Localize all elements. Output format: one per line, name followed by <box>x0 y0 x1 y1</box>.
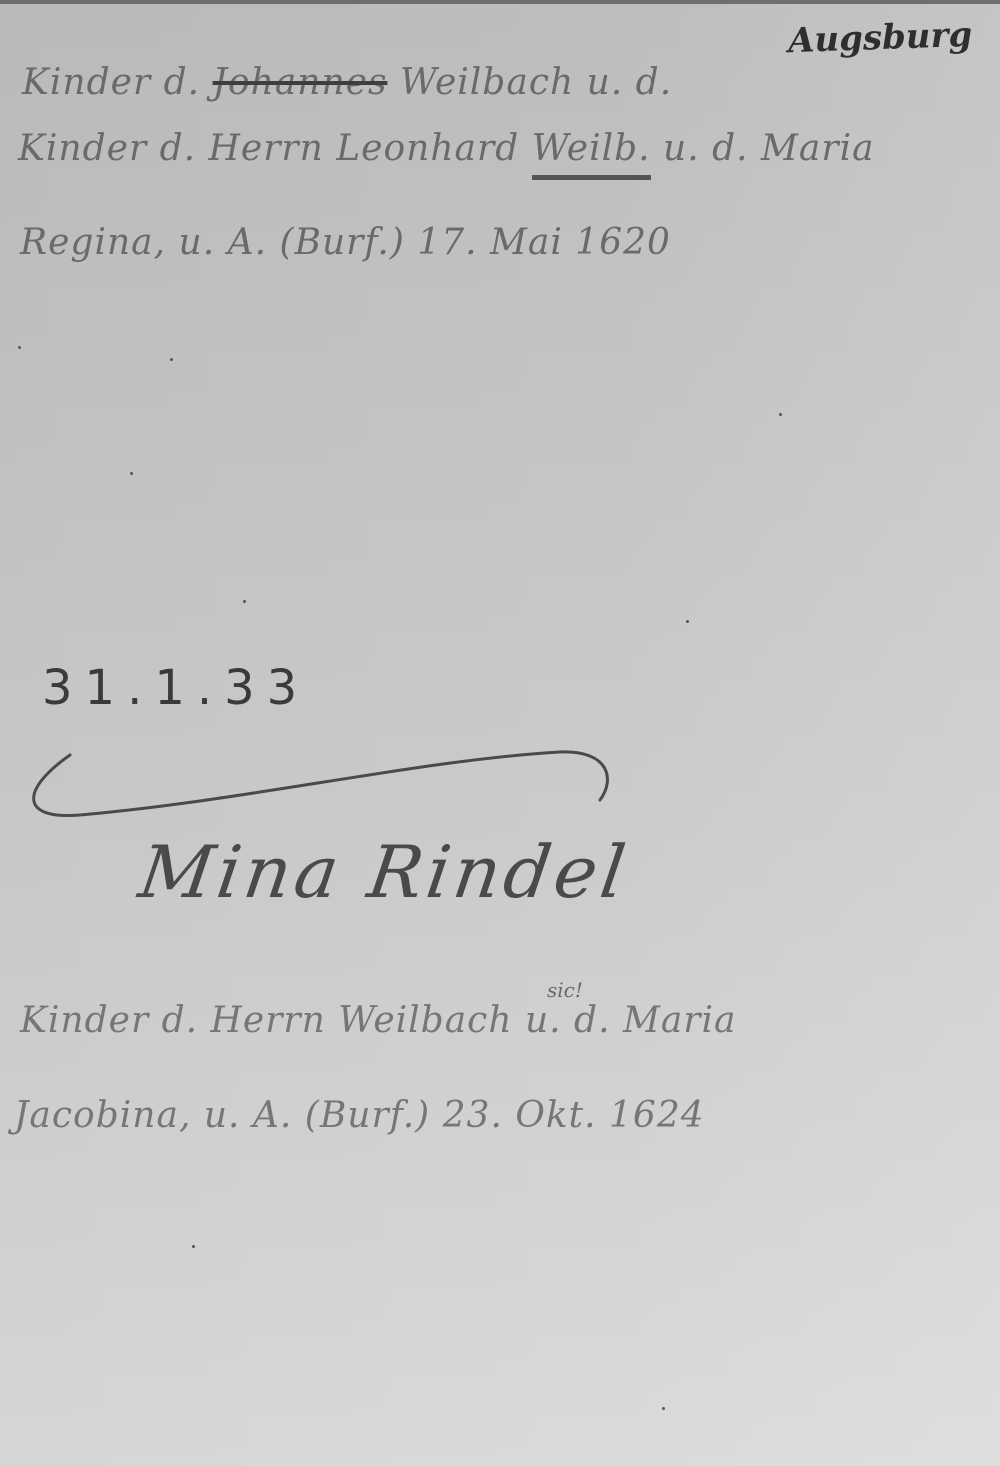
entry-1-line-2-suffix: u. d. Maria <box>663 128 875 169</box>
entry-1-line-1-prefix: Kinder d. <box>22 62 200 103</box>
paper-speck <box>170 358 173 361</box>
sic-annotation: sic! <box>547 978 583 1002</box>
entry-2-line-2: Jacobina, u. A. (Burf.) 23. Okt. 1624 <box>14 1095 705 1136</box>
page-top-edge <box>0 0 1000 4</box>
struck-out-name: Johannes <box>213 62 388 103</box>
underlined-surname: Weilb. <box>532 128 651 180</box>
paper-speck <box>18 346 21 349</box>
paper-speck <box>130 472 133 475</box>
entry-1-line-1: Kinder d. Johannes Weilbach u. d. <box>22 62 672 103</box>
document-page: Augsburg Kinder d. Johannes Weilbach u. … <box>0 0 1000 1466</box>
paper-speck <box>243 600 246 603</box>
entry-1-line-1-suffix: Weilbach u. d. <box>400 62 672 103</box>
entry-1-line-3: Regina, u. A. (Burf.) 17. Mai 1620 <box>20 222 671 263</box>
paper-speck <box>779 413 782 416</box>
paper-speck <box>686 620 689 623</box>
signature: Mina Rindel <box>134 830 634 914</box>
paper-speck <box>662 1407 665 1410</box>
date-note: 31.1.33 <box>42 660 309 716</box>
entry-1-line-2-prefix: Kinder d. Herrn Leonhard <box>18 128 519 169</box>
paper-speck <box>192 1245 195 1248</box>
entry-2-line-1: Kinder d. Herrn Weilbach u. d. Maria <box>20 1000 736 1041</box>
signature-swash-flourish <box>0 0 1000 1466</box>
place-annotation: Augsburg <box>787 15 972 61</box>
entry-1-line-2: Kinder d. Herrn Leonhard Weilb. u. d. Ma… <box>18 128 875 169</box>
